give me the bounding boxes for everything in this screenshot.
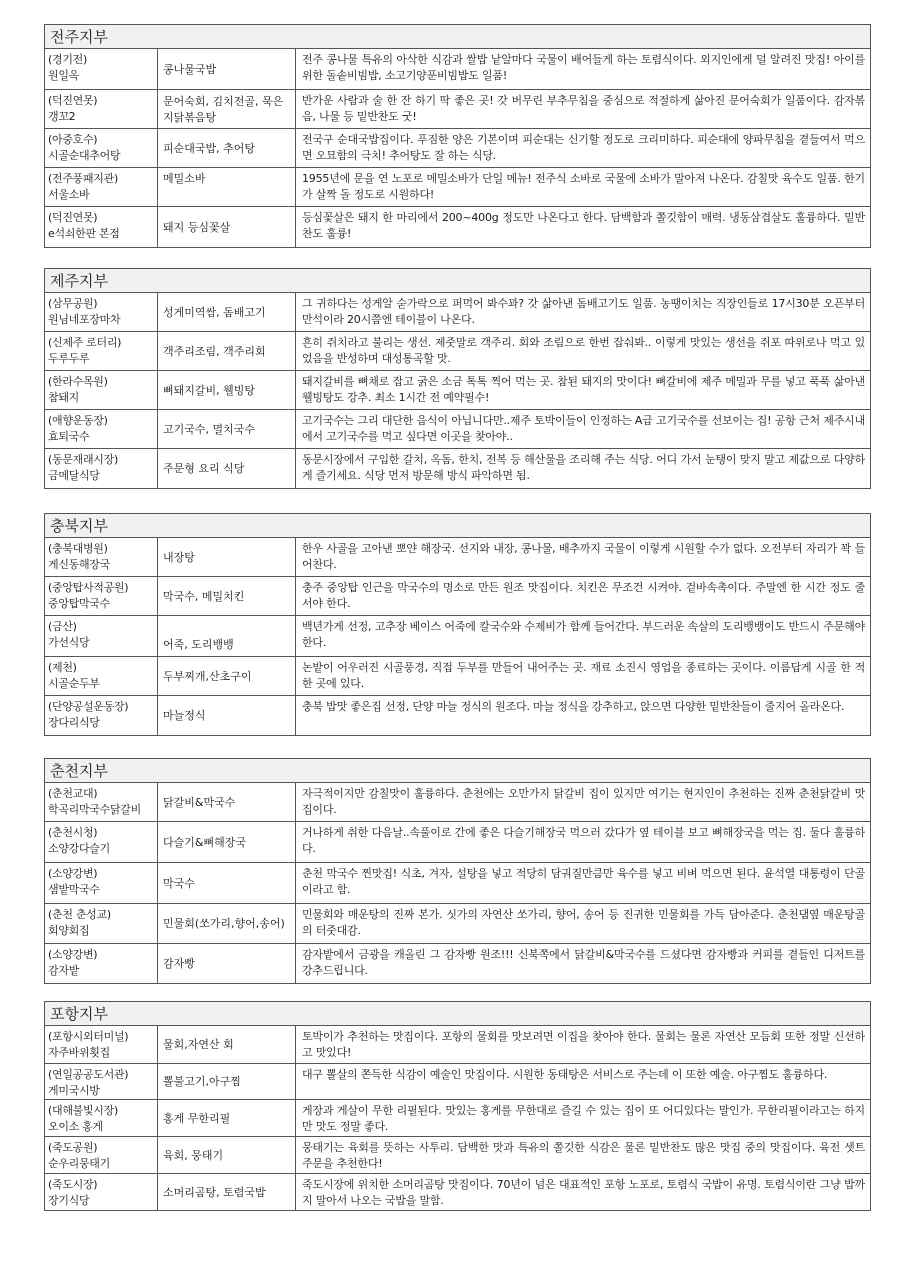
description-cell: 게장과 게살이 무한 리필된다. 맛있는 홍게를 무한대로 즐길 수 있는 집이… [296,1100,870,1136]
table-row: (전주풍패지관) 서울소바 메밀소바 1955년에 문을 연 노포로 메밀소바가… [45,168,870,207]
restaurant-name: 게미국시방 [48,1083,153,1099]
table-row: (대해불빛시장) 오이소 홍게 홍게 무한리필 게장과 게살이 무한 리필된다.… [45,1100,870,1137]
description-cell: 춘천 막국수 찐맛집! 식초, 겨자, 설탕을 넣고 적당히 담궈질만큼만 육수… [296,863,870,903]
place-cell: (소양강변) 감자밭 [45,944,158,983]
menu-cell: 두부찌개,산초구이 [158,657,296,695]
menu-cell: 다슬기&뼈해장국 [158,822,296,862]
menu-text: 닭갈비&막국수 [163,795,235,811]
place-cell: (춘천 춘성교) 회양회집 [45,904,158,943]
menu-cell: 막국수 [158,863,296,903]
location-label: (한라수목원) [48,374,153,390]
description-cell: 고기국수는 그리 대단한 음식이 아닙니다만..제주 토박이들이 인정하는 A급… [296,410,870,448]
menu-cell: 고기국수, 멸치국수 [158,410,296,448]
menu-text: 감자빵 [163,956,195,972]
location-label: (제천) [48,660,153,676]
place-cell: (금산) 가선식당 [45,616,158,656]
table-row: (포항시외터미널) 자주바위횟집 물회,자연산 회 토박이가 추천하는 맛집이다… [45,1026,870,1064]
restaurant-name: 가선식당 [48,635,153,651]
place-cell: (전주풍패지관) 서울소바 [45,168,158,206]
description-cell: 대구 뽈살의 쫀득한 식감이 예술인 맛집이다. 시원한 동태탕은 서비스로 주… [296,1064,870,1099]
menu-cell: 피순대국밥, 추어탕 [158,129,296,167]
menu-text: 피순대국밥, 추어탕 [163,141,255,157]
description-cell: 돼지갈비를 뼈채로 잡고 굵은 소금 톡톡 찍어 먹는 곳. 참된 돼지의 맛이… [296,371,870,409]
description-cell: 토박이가 추천하는 맛집이다. 포항의 물회를 맛보려면 이집을 찾아야 한다.… [296,1026,870,1063]
place-cell: (삼무공원) 원님네포장마차 [45,293,158,331]
table-row: (덕진연못) 갱꼬2 문어숙회, 김치전골, 묵은지닭볶음탕 반가운 사람과 술… [45,90,870,129]
menu-text: 뼈돼지갈비, 웰빙탕 [163,383,255,399]
menu-cell: 뽈불고기,아구찜 [158,1064,296,1099]
table-row: (춘천 춘성교) 회양회집 민물회(쏘가리,향어,송어) 민물회와 매운탕의 진… [45,904,870,944]
place-cell: (중앙탑사적공원) 중앙탑막국수 [45,577,158,615]
place-cell: (애향운동장) 효퇴국수 [45,410,158,448]
location-label: (죽도공원) [48,1140,153,1156]
restaurant-name: 갱꼬2 [48,109,153,125]
place-cell: (한라수목원) 참돼지 [45,371,158,409]
table-row: (충북대병원) 게신동해장국 내장탕 한우 사골을 고아낸 뽀얀 해장국. 선지… [45,538,870,577]
menu-cell: 막국수, 메밀치킨 [158,577,296,615]
menu-cell: 물회,자연산 회 [158,1026,296,1063]
menu-cell: 콩나물국밥 [158,49,296,89]
place-cell: (소양강변) 샘밭막국수 [45,863,158,903]
menu-text: 주문형 요리 식당 [163,461,244,477]
description-cell: 충주 중앙탑 인근을 막국수의 명소로 만든 원조 맛집이다. 치킨은 무조건 … [296,577,870,615]
location-label: (신제주 로터리) [48,335,153,351]
menu-text: 성게미역쌈, 돔배고기 [163,305,266,321]
menu-text: 객주리조림, 객주리회 [163,344,266,360]
table-row: (중앙탑사적공원) 중앙탑막국수 막국수, 메밀치킨 충주 중앙탑 인근을 막국… [45,577,870,616]
menu-cell: 주문형 요리 식당 [158,449,296,488]
menu-text: 콩나물국밥 [163,62,216,78]
menu-text: 문어숙회, 김치전골, 묵은지닭볶음탕 [163,94,291,125]
menu-text: 두부찌개,산초구이 [163,669,252,685]
restaurant-name: 소양강다슬기 [48,841,153,857]
restaurant-name: 원일옥 [48,68,153,84]
menu-cell: 소머리곰탕, 토렴국밥 [158,1174,296,1210]
table-row: (금산) 가선식당 어죽, 도리뱅뱅 백년가게 선정, 고추장 베이스 어죽에 … [45,616,870,657]
branch-section-2: 충북지부 (충북대병원) 게신동해장국 내장탕 한우 사골을 고아낸 뽀얀 해장… [44,513,871,736]
branch-section-1: 제주지부 (삼무공원) 원님네포장마차 성게미역쌈, 돔배고기 그 귀하다는 성… [44,268,871,489]
restaurant-name: 시골순대추어탕 [48,148,153,164]
place-cell: (덕진연못) 갱꼬2 [45,90,158,128]
place-cell: (춘천시청) 소양강다슬기 [45,822,158,862]
location-label: (대해불빛시장) [48,1103,153,1119]
place-cell: (동문재래시장) 금메달식당 [45,449,158,488]
location-label: (포항시외터미널) [48,1029,153,1045]
menu-text: 마늘정식 [163,708,206,724]
location-label: (죽도시장) [48,1177,153,1193]
table-row: (신제주 로터리) 두루두루 객주리조림, 객주리회 흔히 쥐치라고 불리는 생… [45,332,870,371]
menu-cell: 어죽, 도리뱅뱅 [158,616,296,656]
place-cell: (포항시외터미널) 자주바위횟집 [45,1026,158,1063]
table-row: (춘천시청) 소양강다슬기 다슬기&뼈해장국 거나하게 취한 다음날..속풀이로… [45,822,870,863]
place-cell: (경기전) 원일옥 [45,49,158,89]
branch-title: 전주지부 [45,25,870,49]
description-cell: 한우 사골을 고아낸 뽀얀 해장국. 선지와 내장, 콩나물, 배추까지 국물이… [296,538,870,576]
restaurant-name: 순우리뭉태기 [48,1156,153,1172]
branch-title: 제주지부 [45,269,870,293]
restaurant-name: 장다리식당 [48,715,153,731]
restaurant-name: 회양회집 [48,923,153,939]
location-label: (덕진연못) [48,210,153,226]
description-cell: 1955년에 문을 연 노포로 메밀소바가 단일 메뉴! 전주식 소바로 국물에… [296,168,870,206]
menu-cell: 감자빵 [158,944,296,983]
location-label: (춘천 춘성교) [48,907,153,923]
restaurant-name: e석쇠한판 본점 [48,226,153,242]
description-cell: 반가운 사람과 술 한 잔 하기 딱 좋은 곳! 갓 버무린 부추무침을 중심으… [296,90,870,128]
location-label: (단양공설운동장) [48,699,153,715]
table-row: (춘천교대) 학곡리막국수닭갈비 닭갈비&막국수 자극적이지만 감칠맛이 훌륭하… [45,783,870,822]
restaurant-name: 샘밭막국수 [48,882,153,898]
branch-title: 포항지부 [45,1002,870,1026]
description-cell: 논밭이 어우러진 시골풍경, 직접 두부를 만들어 내어주는 곳. 재료 소진시… [296,657,870,695]
table-row: (삼무공원) 원님네포장마차 성게미역쌈, 돔배고기 그 귀하다는 성게알 숟가… [45,293,870,332]
location-label: (전주풍패지관) [48,171,153,187]
menu-cell: 문어숙회, 김치전골, 묵은지닭볶음탕 [158,90,296,128]
menu-text: 물회,자연산 회 [163,1037,234,1053]
menu-cell: 내장탕 [158,538,296,576]
menu-text: 막국수 [163,876,195,892]
place-cell: (대해불빛시장) 오이소 홍게 [45,1100,158,1136]
table-row: (애향운동장) 효퇴국수 고기국수, 멸치국수 고기국수는 그리 대단한 음식이… [45,410,870,449]
menu-text: 다슬기&뼈해장국 [163,835,246,851]
menu-cell: 마늘정식 [158,696,296,735]
description-cell: 감자밭에서 금광을 캐올린 그 감자빵 원조!!! 신북쪽에서 닭갈비&막국수를… [296,944,870,983]
place-cell: (충북대병원) 게신동해장국 [45,538,158,576]
description-cell: 등심꽃살은 돼지 한 마리에서 200~400g 정도만 나온다고 한다. 담백… [296,207,870,247]
restaurant-name: 게신동해장국 [48,557,153,573]
description-cell: 민물회와 매운탕의 진짜 본가. 싯가의 자연산 쏘가리, 향어, 송어 등 진… [296,904,870,943]
restaurant-name: 원님네포장마차 [48,312,153,328]
menu-text: 돼지 등심꽃살 [163,220,230,236]
table-row: (아중호수) 시골순대추어탕 피순대국밥, 추어탕 전국구 순대국밥집이다. 푸… [45,129,870,168]
location-label: (덕진연못) [48,93,153,109]
restaurant-name: 효퇴국수 [48,429,153,445]
description-cell: 뭉태기는 육회를 뜻하는 사투리. 담백한 맛과 특유의 쫄깃한 식감은 물론 … [296,1137,870,1173]
location-label: (소양강변) [48,947,153,963]
place-cell: (덕진연못) e석쇠한판 본점 [45,207,158,247]
location-label: (동문재래시장) [48,452,153,468]
restaurant-name: 감자밭 [48,963,153,979]
branch-title: 충북지부 [45,514,870,538]
description-cell: 백년가게 선정, 고추장 베이스 어죽에 칼국수와 수제비가 함께 들어간다. … [296,616,870,656]
menu-cell: 민물회(쏘가리,향어,송어) [158,904,296,943]
table-row: (소양강변) 샘밭막국수 막국수 춘천 막국수 찐맛집! 식초, 겨자, 설탕을… [45,863,870,904]
location-label: (연일공공도서관) [48,1067,153,1083]
menu-cell: 뼈돼지갈비, 웰빙탕 [158,371,296,409]
description-cell: 그 귀하다는 성게알 숟가락으로 퍼먹어 봐수꽈? 갓 삶아낸 돔배고기도 일품… [296,293,870,331]
branch-section-4: 포항지부 (포항시외터미널) 자주바위횟집 물회,자연산 회 토박이가 추천하는… [44,1001,871,1211]
restaurant-name: 두루두루 [48,351,153,367]
restaurant-name: 금메달식당 [48,468,153,484]
location-label: (춘천교대) [48,786,153,802]
menu-cell: 육회, 뭉태기 [158,1137,296,1173]
location-label: (삼무공원) [48,296,153,312]
place-cell: (단양공설운동장) 장다리식당 [45,696,158,735]
menu-text: 고기국수, 멸치국수 [163,422,255,438]
restaurant-name: 자주바위횟집 [48,1045,153,1061]
description-cell: 전국구 순대국밥집이다. 푸짐한 양은 기본이며 피순대는 신기할 정도로 크리… [296,129,870,167]
table-row: (소양강변) 감자밭 감자빵 감자밭에서 금광을 캐올린 그 감자빵 원조!!!… [45,944,870,983]
restaurant-name: 오이소 홍게 [48,1119,153,1135]
place-cell: (죽도시장) 장기식당 [45,1174,158,1210]
description-cell: 흔히 쥐치라고 불리는 생선. 제줏말로 객주리. 회와 조림으로 한번 잡숴봐… [296,332,870,370]
branch-title: 춘천지부 [45,759,870,783]
place-cell: (죽도공원) 순우리뭉태기 [45,1137,158,1173]
menu-text: 홍게 무한리필 [163,1111,230,1127]
menu-cell: 홍게 무한리필 [158,1100,296,1136]
table-row: (연일공공도서관) 게미국시방 뽈불고기,아구찜 대구 뽈살의 쫀득한 식감이 … [45,1064,870,1100]
restaurant-name: 서울소바 [48,187,153,203]
location-label: (중앙탑사적공원) [48,580,153,596]
restaurant-name: 장기식당 [48,1193,153,1209]
place-cell: (춘천교대) 학곡리막국수닭갈비 [45,783,158,821]
menu-text: 소머리곰탕, 토렴국밥 [163,1185,266,1201]
menu-cell: 돼지 등심꽃살 [158,207,296,247]
menu-cell: 성게미역쌈, 돔배고기 [158,293,296,331]
description-cell: 전주 콩나물 특유의 아삭한 식감과 쌀밥 낱알마다 국물이 배어들게 하는 토… [296,49,870,89]
menu-text: 메밀소바 [163,171,206,187]
description-cell: 동문시장에서 구입한 갈치, 옥돔, 한치, 전복 등 해산물을 조리해 주는 … [296,449,870,488]
table-row: (죽도공원) 순우리뭉태기 육회, 뭉태기 뭉태기는 육회를 뜻하는 사투리. … [45,1137,870,1174]
place-cell: (아중호수) 시골순대추어탕 [45,129,158,167]
description-cell: 거나하게 취한 다음날..속풀이로 간에 좋은 다슬기해장국 먹으러 갔다가 옆… [296,822,870,862]
description-cell: 충북 밥맛 좋은집 선정, 단양 마늘 정식의 원조다. 마늘 정식을 강추하고… [296,696,870,735]
table-row: (단양공설운동장) 장다리식당 마늘정식 충북 밥맛 좋은집 선정, 단양 마늘… [45,696,870,735]
restaurant-name: 학곡리막국수닭갈비 [48,802,153,818]
menu-text: 민물회(쏘가리,향어,송어) [163,916,285,932]
branch-section-0: 전주지부 (경기전) 원일옥 콩나물국밥 전주 콩나물 특유의 아삭한 식감과 … [44,24,871,248]
table-row: (제천) 시골순두부 두부찌개,산초구이 논밭이 어우러진 시골풍경, 직접 두… [45,657,870,696]
menu-text: 육회, 뭉태기 [163,1148,223,1164]
menu-cell: 객주리조림, 객주리회 [158,332,296,370]
location-label: (애향운동장) [48,413,153,429]
branch-section-3: 춘천지부 (춘천교대) 학곡리막국수닭갈비 닭갈비&막국수 자극적이지만 감칠맛… [44,758,871,984]
restaurant-name: 시골순두부 [48,676,153,692]
menu-text: 뽈불고기,아구찜 [163,1074,241,1090]
table-row: (경기전) 원일옥 콩나물국밥 전주 콩나물 특유의 아삭한 식감과 쌀밥 낱알… [45,49,870,90]
menu-cell: 메밀소바 [158,168,296,206]
place-cell: (신제주 로터리) 두루두루 [45,332,158,370]
description-cell: 죽도시장에 위치한 소머리곰탕 맛집이다. 70년이 넘은 대표적인 포항 노포… [296,1174,870,1210]
table-row: (덕진연못) e석쇠한판 본점 돼지 등심꽃살 등심꽃살은 돼지 한 마리에서 … [45,207,870,247]
restaurant-name: 중앙탑막국수 [48,596,153,612]
menu-text: 어죽, 도리뱅뱅 [163,637,234,653]
table-row: (동문재래시장) 금메달식당 주문형 요리 식당 동문시장에서 구입한 갈치, … [45,449,870,488]
location-label: (소양강변) [48,866,153,882]
location-label: (경기전) [48,52,153,68]
menu-text: 내장탕 [163,550,195,566]
table-row: (한라수목원) 참돼지 뼈돼지갈비, 웰빙탕 돼지갈비를 뼈채로 잡고 굵은 소… [45,371,870,410]
location-label: (금산) [48,619,153,635]
restaurant-name: 참돼지 [48,390,153,406]
location-label: (충북대병원) [48,541,153,557]
place-cell: (제천) 시골순두부 [45,657,158,695]
menu-cell: 닭갈비&막국수 [158,783,296,821]
table-row: (죽도시장) 장기식당 소머리곰탕, 토렴국밥 죽도시장에 위치한 소머리곰탕 … [45,1174,870,1210]
place-cell: (연일공공도서관) 게미국시방 [45,1064,158,1099]
description-cell: 자극적이지만 감칠맛이 훌륭하다. 춘천에는 오만가지 닭갈비 집이 있지만 여… [296,783,870,821]
menu-text: 막국수, 메밀치킨 [163,589,244,605]
location-label: (아중호수) [48,132,153,148]
location-label: (춘천시청) [48,825,153,841]
